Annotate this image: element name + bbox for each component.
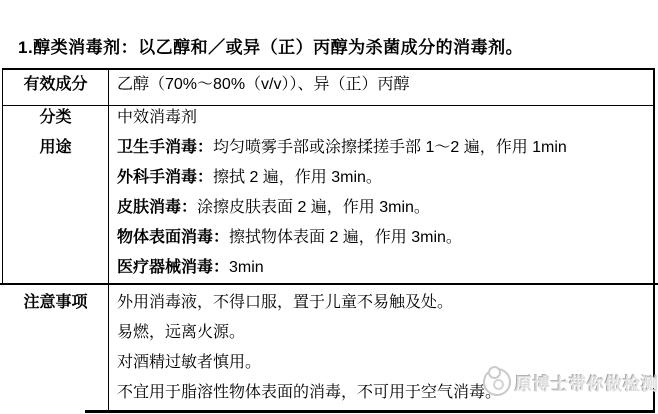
- row2-content: 中效消毒剂 卫生手消毒：均匀喷雾手部或涂擦揉搓手部 1～2 遍，作用 1min …: [117, 103, 647, 283]
- document-title: 1.醇类消毒剂：以乙醇和／或异（正）丙醇为杀菌成分的消毒剂。: [18, 33, 523, 58]
- row3-label: 注意事项: [3, 288, 108, 318]
- line-prefix: 卫生手消毒：: [117, 139, 213, 156]
- table-column-divider: [108, 68, 109, 413]
- row2-labels: 分类 用途: [3, 103, 108, 163]
- line-text: 3min: [229, 259, 264, 276]
- row2-label-usage: 用途: [3, 133, 108, 163]
- content-line: 物体表面消毒：擦拭物体表面 2 遍，作用 3min。: [117, 223, 647, 253]
- logo-icon: [483, 368, 511, 396]
- content-line: 外用消毒液，不得口服，置于儿童不易触及处。: [117, 288, 647, 318]
- watermark-text: 原博士带你做检测: [515, 370, 658, 395]
- content-line: 卫生手消毒：均匀喷雾手部或涂擦揉搓手部 1～2 遍，作用 1min: [117, 133, 647, 163]
- line-prefix: 外科手消毒：: [117, 169, 213, 186]
- content-line: 中效消毒剂: [117, 103, 647, 133]
- line-prefix: 物体表面消毒：: [117, 229, 229, 246]
- content-line: 皮肤消毒：涂擦皮肤表面 2 遍，作用 3min。: [117, 193, 647, 223]
- row1-content: 乙醇（70%～80%（v/v））、异（正）丙醇: [117, 71, 647, 99]
- content-line: 外科手消毒：擦拭 2 遍，作用 3min。: [117, 163, 647, 193]
- watermark: 原博士带你做检测: [483, 368, 658, 396]
- table-border-left: [2, 68, 3, 283]
- table-border-top: [3, 68, 655, 70]
- line-text: 均匀喷雾手部或涂擦揉搓手部 1～2 遍，作用 1min: [213, 139, 567, 156]
- table-rule-after-row2: [0, 283, 658, 285]
- content-line: 易燃，远离火源。: [117, 318, 647, 348]
- line-text: 擦拭 2 遍，作用 3min。: [213, 169, 382, 186]
- line-text: 涂擦皮肤表面 2 遍，作用 3min。: [197, 199, 430, 216]
- row2-label-classification: 分类: [3, 103, 108, 133]
- row1-label: 有效成分: [3, 71, 108, 99]
- line-text: 擦拭物体表面 2 遍，作用 3min。: [229, 229, 462, 246]
- table-border-right: [653, 68, 655, 413]
- document-page: 1.醇类消毒剂：以乙醇和／或异（正）丙醇为杀菌成分的消毒剂。 有效成分 乙醇（7…: [0, 0, 658, 414]
- table-border-bottom: [85, 410, 655, 413]
- line-prefix: 皮肤消毒：: [117, 199, 197, 216]
- line-text: 中效消毒剂: [117, 109, 197, 126]
- line-prefix: 医疗器械消毒：: [117, 259, 229, 276]
- content-line: 医疗器械消毒：3min: [117, 253, 647, 283]
